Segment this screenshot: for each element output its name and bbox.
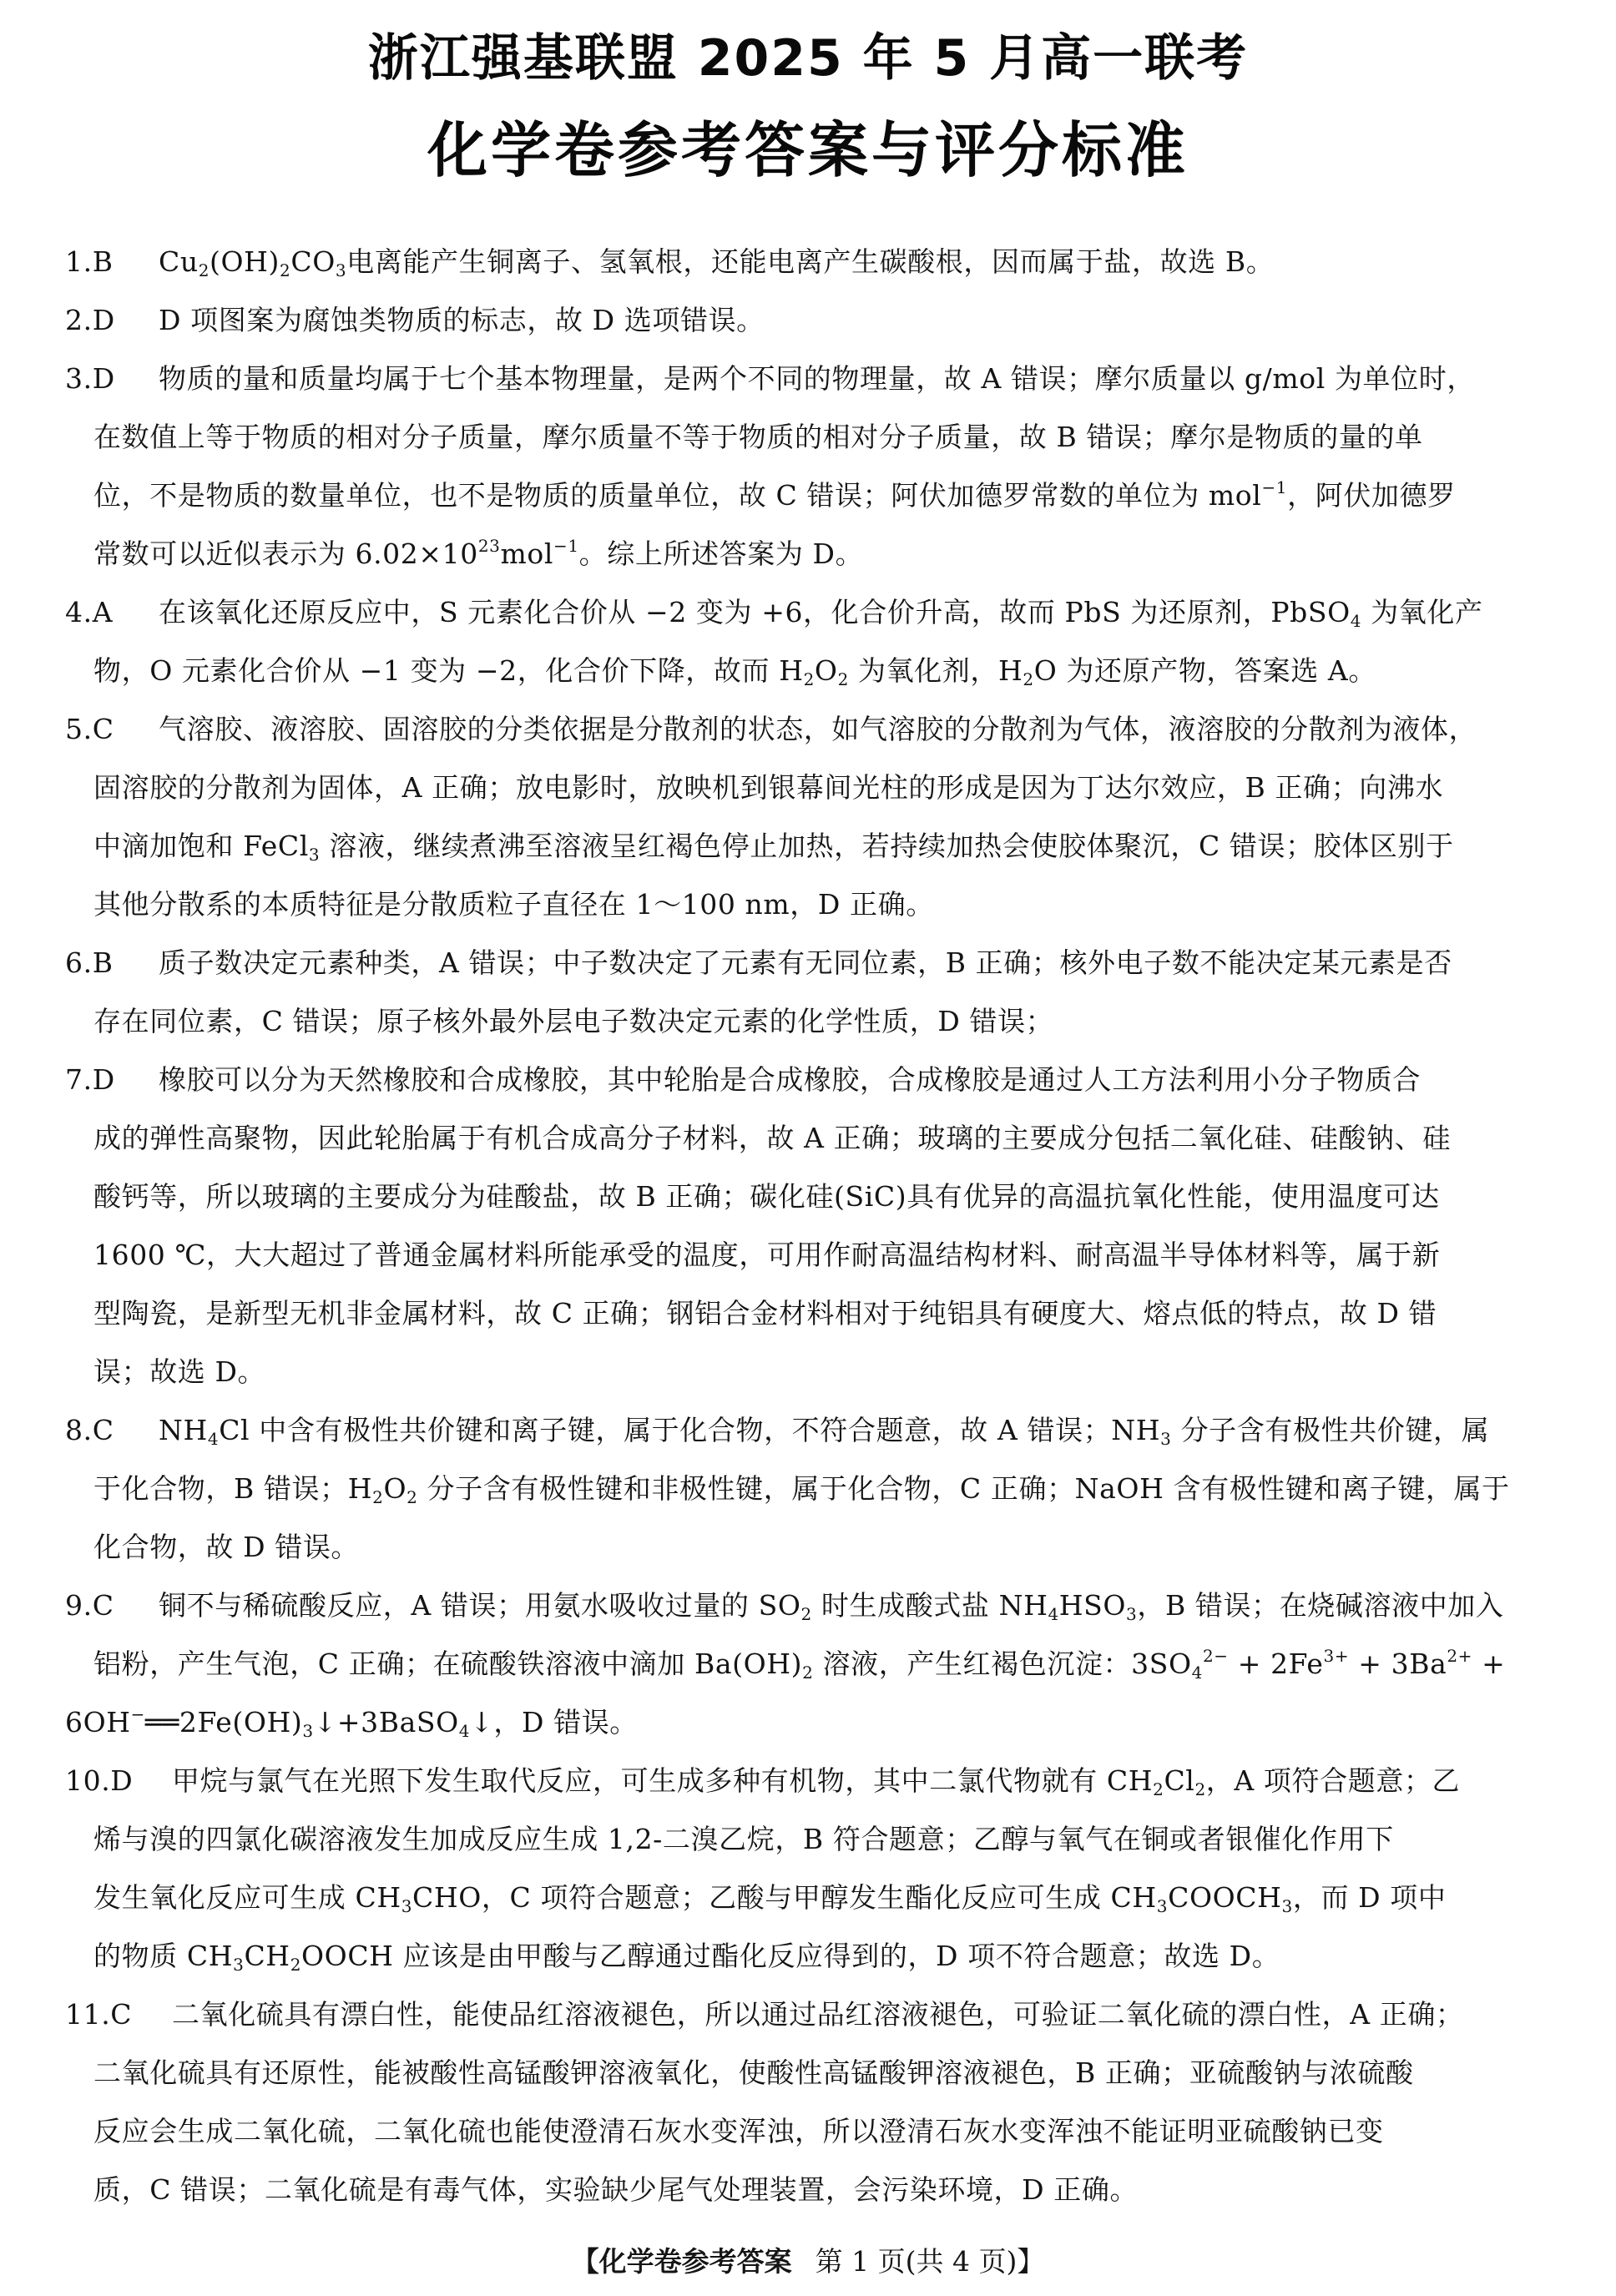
subscript: 2 — [800, 1604, 811, 1624]
question-number: 6. — [65, 945, 93, 981]
question-number: 11. — [65, 1996, 110, 2033]
answer-continuation-line: 6OH−══2Fe(OH)3↓+3BaSO4↓，D 错误。 — [65, 1704, 638, 1741]
explanation-text: D 项图案为腐蚀类物质的标志，故 D 选项错误。 — [159, 304, 765, 336]
subscript: 2 — [280, 260, 290, 280]
explanation-text: 气溶胶、液溶胶、固溶胶的分类依据是分散剂的状态，如气溶胶的分散剂为气体，液溶胶的… — [159, 713, 1477, 745]
answer-continuation-line: 成的弹性高聚物，因此轮胎属于有机合成高分子材料，故 A 正确；玻璃的主要成分包括… — [93, 1120, 1451, 1157]
explanation-text: ，阿伏加德罗 — [1287, 479, 1456, 512]
answer-first-line: 1.BCu2(OH)2CO3电离能产生铜离子、氢氧根，还能电离产生碳酸根，因而属… — [65, 244, 1274, 280]
subscript: 4 — [1192, 1663, 1203, 1683]
answer-continuation-line: 的物质 CH3CH2OOCH 应该是由甲酸与乙醇通过酯化反应得到的，D 项不符合… — [93, 1938, 1280, 1975]
answer-first-line: 2.DD 项图案为腐蚀类物质的标志，故 D 选项错误。 — [65, 302, 765, 339]
answer-first-line: 8.CNH4Cl 中含有极性共价键和离子键，属于化合物，不符合题意，故 A 错误… — [65, 1412, 1489, 1449]
explanation-text: O — [383, 1472, 407, 1505]
subscript: 2 — [802, 1663, 813, 1683]
explanation-text: 成的弹性高聚物，因此轮胎属于有机合成高分子材料，故 A 正确；玻璃的主要成分包括… — [93, 1122, 1451, 1154]
explanation-text: CH — [244, 1940, 290, 1972]
explanation-text: OOCH 应该是由甲酸与乙醇通过酯化反应得到的，D 项不符合题意；故选 D。 — [301, 1940, 1280, 1972]
superscript: 3+ — [1324, 1646, 1350, 1666]
answer-label: 2.D — [65, 302, 159, 339]
answer-continuation-line: 于化合物，B 错误；H2O2 分子含有极性键和非极性键，属于化合物，C 正确；N… — [93, 1471, 1510, 1507]
explanation-text: 为氧化产 — [1361, 596, 1483, 628]
answer-continuation-line: 发生氧化反应可生成 CH3CHO，C 项符合题意；乙酸与甲醇发生酯化反应可生成 … — [93, 1880, 1446, 1916]
explanation-text: 烯与溴的四氯化碳溶液发生加成反应生成 1,2-二溴乙烷，B 符合题意；乙醇与氧气… — [93, 1823, 1394, 1855]
answer-letter: D — [93, 304, 115, 336]
subscript: 3 — [302, 1721, 313, 1741]
explanation-text: 时生成酸式盐 NH — [812, 1589, 1048, 1622]
question-number: 8. — [65, 1412, 93, 1449]
question-number: 1. — [65, 244, 93, 280]
answer-continuation-line: 化合物，故 D 错误。 — [93, 1529, 359, 1566]
explanation-text: 其他分散系的本质特征是分散质粒子直径在 1～100 nm，D 正确。 — [93, 888, 934, 921]
explanation-text: 存在同位素，C 错误；原子核外最外层电子数决定元素的化学性质，D 错误； — [93, 1005, 1053, 1037]
answer-letter: C — [93, 1589, 114, 1622]
exam-title: 浙江强基联盟 2025 年 5 月高一联考 — [0, 25, 1616, 92]
explanation-text: 化合物，故 D 错误。 — [93, 1531, 359, 1563]
explanation-text: 物质的量和质量均属于七个基本物理量，是两个不同的物理量，故 A 错误；摩尔质量以… — [159, 362, 1475, 395]
explanation-text: ，A 项符合题意；乙 — [1206, 1764, 1460, 1797]
explanation-text: ↓，D 错误。 — [470, 1706, 638, 1738]
explanation-text: 的物质 CH — [93, 1940, 233, 1972]
explanation-text: 铜不与稀硫酸反应，A 错误；用氨水吸收过量的 SO — [159, 1589, 800, 1622]
answer-letter: D — [93, 1063, 115, 1096]
answer-continuation-line: 1600 ℃，大大超过了普通金属材料所能承受的温度，可用作耐高温结构材料、耐高温… — [93, 1237, 1440, 1274]
explanation-text: 溶液，产生红褐色沉淀：3SO — [813, 1648, 1191, 1680]
answer-continuation-line: 质，C 错误；二氧化硫是有毒气体，实验缺少尾气处理装置，会污染环境，D 正确。 — [93, 2172, 1138, 2208]
answer-label: 6.B — [65, 945, 159, 981]
answer-continuation-line: 型陶瓷，是新型无机非金属材料，故 C 正确；钢铝合金材料相对于纯铝具有硬度大、熔… — [93, 1295, 1437, 1332]
answer-label: 5.C — [65, 711, 159, 748]
answer-label: 7.D — [65, 1062, 159, 1098]
answer-continuation-line: 二氧化硫具有还原性，能被酸性高锰酸钾溶液氧化，使酸性高锰酸钾溶液褪色，B 正确；… — [93, 2055, 1414, 2092]
explanation-text: 位，不是物质的数量单位，也不是物质的质量单位，故 C 错误；阿伏加德罗常数的单位… — [93, 479, 1261, 512]
subscript: 4 — [208, 1429, 219, 1449]
explanation-text: 铝粉，产生气泡，C 正确；在硫酸铁溶液中滴加 Ba(OH) — [93, 1648, 802, 1680]
question-number: 5. — [65, 711, 93, 748]
answer-continuation-line: 铝粉，产生气泡，C 正确；在硫酸铁溶液中滴加 Ba(OH)2 溶液，产生红褐色沉… — [93, 1646, 1505, 1683]
subscript: 2 — [372, 1487, 383, 1507]
question-number: 10. — [65, 1763, 110, 1799]
answer-letter: D — [93, 362, 115, 395]
answer-continuation-line: 中滴加饱和 FeCl3 溶液，继续煮沸至溶液呈红褐色停止加热，若持续加热会使胶体… — [93, 828, 1454, 865]
answer-letter: C — [93, 713, 114, 745]
explanation-text: 橡胶可以分为天然橡胶和合成橡胶，其中轮胎是合成橡胶，合成橡胶是通过人工方法利用小… — [159, 1063, 1421, 1096]
explanation-text: 二氧化硫具有还原性，能被酸性高锰酸钾溶液氧化，使酸性高锰酸钾溶液褪色，B 正确；… — [93, 2056, 1414, 2089]
answer-label: 1.B — [65, 244, 159, 280]
question-number: 7. — [65, 1062, 93, 1098]
explanation-text: ，而 D 项中 — [1293, 1881, 1447, 1914]
explanation-text: 质子数决定元素种类，A 错误；中子数决定了元素有无同位素，B 正确；核外电子数不… — [159, 946, 1452, 979]
explanation-text: 常数可以近似表示为 6.02×10 — [93, 537, 478, 570]
subscript: 2 — [290, 1955, 301, 1975]
explanation-text: O — [815, 654, 838, 687]
explanation-text: 型陶瓷，是新型无机非金属材料，故 C 正确；钢铝合金材料相对于纯铝具有硬度大、熔… — [93, 1297, 1437, 1330]
page-number: 第 1 页(共 4 页)】 — [816, 2245, 1045, 2278]
explanation-text: 在该氧化还原反应中，S 元素化合价从 −2 变为 +6，化合价升高，故而 PbS… — [159, 596, 1351, 628]
answer-continuation-line: 固溶胶的分散剂为固体，A 正确；放电影时，放映机到银幕间光柱的形成是因为丁达尔效… — [93, 770, 1443, 806]
subscript: 3 — [309, 845, 320, 865]
answer-letter: A — [93, 596, 113, 628]
subscript: 3 — [401, 1896, 412, 1916]
subscript: 2 — [1153, 1779, 1164, 1799]
explanation-text: 溶液，继续煮沸至溶液呈红褐色停止加热，若持续加热会使胶体聚沉，C 错误；胶体区别… — [320, 830, 1453, 862]
explanation-text: 酸钙等，所以玻璃的主要成分为硅酸盐，故 B 正确；碳化硅(SiC)具有优异的高温… — [93, 1180, 1440, 1213]
answer-letter: C — [110, 1998, 132, 2031]
answer-label: 9.C — [65, 1587, 159, 1624]
subscript: 3 — [1157, 1896, 1168, 1916]
answer-label: 10.D — [65, 1763, 172, 1799]
explanation-text: Cl 中含有极性共价键和离子键，属于化合物，不符合题意，故 A 错误；NH — [219, 1414, 1160, 1446]
explanation-text: 甲烷与氯气在光照下发生取代反应，可生成多种有机物，其中二氯代物就有 CH — [172, 1764, 1153, 1797]
subscript: 2 — [1023, 669, 1033, 689]
explanation-text: ↓+3BaSO — [314, 1706, 459, 1738]
answer-continuation-line: 位，不是物质的数量单位，也不是物质的质量单位，故 C 错误；阿伏加德罗常数的单位… — [93, 477, 1456, 514]
answer-label: 4.A — [65, 594, 159, 631]
answer-first-line: 4.A在该氧化还原反应中，S 元素化合价从 −2 变为 +6，化合价升高，故而 … — [65, 594, 1483, 631]
explanation-text: CHO，C 项符合题意；乙酸与甲醇发生酯化反应可生成 CH — [412, 1881, 1157, 1914]
subscript: 2 — [407, 1487, 417, 1507]
explanation-text: 发生氧化反应可生成 CH — [93, 1881, 401, 1914]
subscript: 3 — [336, 260, 346, 280]
answer-first-line: 10.D甲烷与氯气在光照下发生取代反应，可生成多种有机物，其中二氯代物就有 CH… — [65, 1763, 1460, 1799]
superscript: 2− — [1203, 1646, 1229, 1666]
answer-label: 11.C — [65, 1996, 172, 2033]
explanation-text: 于化合物，B 错误；H — [93, 1472, 372, 1505]
page-footer: 【化学卷参考答案第 1 页(共 4 页)】 — [0, 2243, 1616, 2280]
answer-continuation-line: 误；故选 D。 — [93, 1354, 265, 1390]
answer-label: 3.D — [65, 361, 159, 397]
question-number: 4. — [65, 594, 93, 631]
subscript: 3 — [1282, 1896, 1293, 1916]
answer-first-line: 5.C气溶胶、液溶胶、固溶胶的分类依据是分散剂的状态，如气溶胶的分散剂为气体，液… — [65, 711, 1477, 748]
superscript: − — [131, 1704, 145, 1724]
explanation-text: COOCH — [1168, 1881, 1281, 1914]
question-number: 2. — [65, 302, 93, 339]
explanation-text: 为氧化剂，H — [849, 654, 1023, 687]
question-number: 9. — [65, 1587, 93, 1624]
explanation-text: O 为还原产物，答案选 A。 — [1034, 654, 1376, 687]
answer-letter: B — [93, 946, 114, 979]
subscript: 4 — [1351, 611, 1361, 631]
subscript: 2 — [199, 260, 210, 280]
answer-first-line: 3.D物质的量和质量均属于七个基本物理量，是两个不同的物理量，故 A 错误；摩尔… — [65, 361, 1475, 397]
explanation-text: 物，O 元素化合价从 −1 变为 −2，化合价下降，故而 H — [93, 654, 804, 687]
answer-continuation-line: 存在同位素，C 错误；原子核外最外层电子数决定元素的化学性质，D 错误； — [93, 1003, 1053, 1040]
explanation-text: 分子含有极性共价键，属 — [1171, 1414, 1489, 1446]
answer-label: 8.C — [65, 1412, 159, 1449]
explanation-text: (OH) — [210, 245, 280, 278]
explanation-text: Cl — [1164, 1764, 1194, 1797]
answer-letter: D — [110, 1764, 133, 1797]
subscript: 4 — [1048, 1604, 1058, 1624]
subscript: 3 — [1126, 1604, 1137, 1624]
explanation-text: + 3Ba — [1349, 1648, 1447, 1680]
answer-continuation-line: 在数值上等于物质的相对分子质量，摩尔质量不等于物质的相对分子质量，故 B 错误；… — [93, 419, 1423, 456]
explanation-text: 中滴加饱和 FeCl — [93, 830, 309, 862]
answer-continuation-line: 物，O 元素化合价从 −1 变为 −2，化合价下降，故而 H2O2 为氧化剂，H… — [93, 653, 1376, 689]
superscript: −1 — [1261, 477, 1287, 497]
question-number: 3. — [65, 361, 93, 397]
explanation-text: 电离能产生铜离子、氢氧根，还能电离产生碳酸根，因而属于盐，故选 B。 — [346, 245, 1274, 278]
answer-first-line: 6.B质子数决定元素种类，A 错误；中子数决定了元素有无同位素，B 正确；核外电… — [65, 945, 1452, 981]
answer-letter: C — [93, 1414, 114, 1446]
explanation-text: 分子含有极性键和非极性键，属于化合物，C 正确；NaOH 含有极性键和离子键，属… — [417, 1472, 1509, 1505]
explanation-text: 固溶胶的分散剂为固体，A 正确；放电影时，放映机到银幕间光柱的形成是因为丁达尔效… — [93, 771, 1443, 804]
subscript: 3 — [233, 1955, 244, 1975]
explanation-text: NH — [159, 1414, 208, 1446]
explanation-text: + — [1472, 1648, 1505, 1680]
document-title: 化学卷参考答案与评分标准 — [0, 110, 1616, 190]
answer-first-line: 9.C铜不与稀硫酸反应，A 错误；用氨水吸收过量的 SO2 时生成酸式盐 NH4… — [65, 1587, 1504, 1624]
superscript: 23 — [478, 536, 501, 556]
footer-label: 【化学卷参考答案 — [572, 2245, 792, 2278]
subscript: 2 — [804, 669, 815, 689]
answer-first-line: 11.C二氧化硫具有漂白性，能使品红溶液褪色，所以通过品红溶液褪色，可验证二氧化… — [65, 1996, 1464, 2033]
explanation-text: 误；故选 D。 — [93, 1355, 265, 1388]
explanation-text: Cu — [159, 245, 199, 278]
answer-continuation-line: 酸钙等，所以玻璃的主要成分为硅酸盐，故 B 正确；碳化硅(SiC)具有优异的高温… — [93, 1178, 1440, 1215]
explanation-text: 质，C 错误；二氧化硫是有毒气体，实验缺少尾气处理装置，会污染环境，D 正确。 — [93, 2173, 1138, 2206]
explanation-text: + 2Fe — [1229, 1648, 1324, 1680]
explanation-text: ，B 错误；在烧碱溶液中加入 — [1137, 1589, 1503, 1622]
answer-continuation-line: 烯与溴的四氯化碳溶液发生加成反应生成 1,2-二溴乙烷，B 符合题意；乙醇与氧气… — [93, 1821, 1394, 1858]
explanation-text: 。综上所述答案为 D。 — [579, 537, 864, 570]
answer-letter: B — [93, 245, 114, 278]
explanation-text: 反应会生成二氧化硫，二氧化硫也能使澄清石灰水变浑浊，所以澄清石灰水变浑浊不能证明… — [93, 2115, 1384, 2147]
answer-continuation-line: 反应会生成二氧化硫，二氧化硫也能使澄清石灰水变浑浊，所以澄清石灰水变浑浊不能证明… — [93, 2113, 1384, 2150]
explanation-text: 6OH — [65, 1706, 131, 1738]
answer-continuation-line: 其他分散系的本质特征是分散质粒子直径在 1～100 nm，D 正确。 — [93, 886, 934, 923]
answer-first-line: 7.D橡胶可以分为天然橡胶和合成橡胶，其中轮胎是合成橡胶，合成橡胶是通过人工方法… — [65, 1062, 1421, 1098]
subscript: 2 — [838, 669, 849, 689]
subscript: 2 — [1194, 1779, 1205, 1799]
explanation-text: 二氧化硫具有漂白性，能使品红溶液褪色，所以通过品红溶液褪色，可验证二氧化硫的漂白… — [172, 1998, 1464, 2031]
superscript: 2+ — [1447, 1646, 1472, 1666]
subscript: 4 — [459, 1721, 470, 1741]
explanation-text: mol — [500, 537, 553, 570]
answer-continuation-line: 常数可以近似表示为 6.02×1023mol−1。综上所述答案为 D。 — [93, 536, 863, 573]
superscript: −1 — [553, 536, 579, 556]
subscript: 3 — [1160, 1429, 1171, 1449]
explanation-text: 1600 ℃，大大超过了普通金属材料所能承受的温度，可用作耐高温结构材料、耐高温… — [93, 1239, 1440, 1271]
explanation-text: CO — [290, 245, 336, 278]
explanation-text: HSO — [1059, 1589, 1126, 1622]
explanation-text: 在数值上等于物质的相对分子质量，摩尔质量不等于物质的相对分子质量，故 B 错误；… — [93, 421, 1423, 453]
explanation-text: ══2Fe(OH) — [145, 1706, 302, 1738]
